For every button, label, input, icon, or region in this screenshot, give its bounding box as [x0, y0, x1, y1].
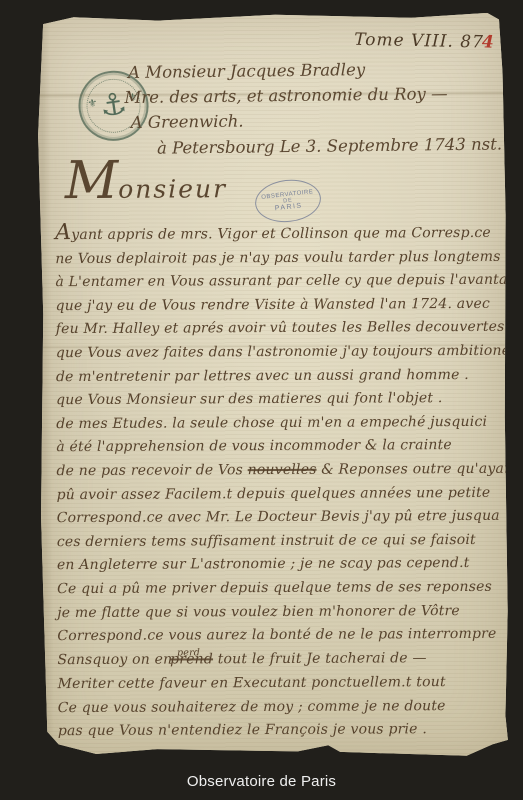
letter-line: Correspond.ce vous aurez la bonté de ne …: [57, 623, 501, 649]
letter-line: pû avoir assez Facilem.t depuis quelques…: [56, 481, 500, 507]
letter-line: je me flatte que si vous voulez bien m'h…: [57, 599, 501, 625]
manuscript-photo: Tome VIII. 874 ⚜ ⚓ ⚜ A Monsieur Jacques …: [0, 0, 523, 800]
letter-line: Meriter cette faveur en Executant ponctu…: [57, 671, 501, 697]
observatoire-de-paris-stamp: OBSERVATOIRE DE PARIS: [253, 176, 323, 225]
letter-line: à L'entamer en Vous assurant par celle c…: [55, 269, 499, 295]
letter-line: Correspond.ce avec Mr. Le Docteur Bevis …: [57, 505, 501, 531]
archive-caption: Observatoire de Paris: [187, 773, 336, 790]
tome-label: Tome VIII. 87: [354, 30, 484, 53]
letter-line: à été l'apprehension de vous incommoder …: [56, 434, 500, 460]
letter-line: Sansquoy on en perdprend tout le fruit J…: [57, 646, 501, 673]
letter-line: ces derniers tems suffisament instruit d…: [57, 529, 501, 555]
letter-line: que Vous Monsieur sur des matieres qui f…: [56, 387, 500, 413]
letter-line: que Vous avez faites dans l'astronomie j…: [56, 340, 500, 366]
letter-line: de mes Etudes. la seule chose qui m'en a…: [56, 411, 500, 437]
letter-line: de ne pas recevoir de Vos nouvelles & Re…: [56, 458, 500, 484]
dateline: à Petersbourg Le 3. Septembre 1743 nst.: [157, 132, 489, 161]
address-header: A Monsieur Jacques Bradley Mre. des arts…: [128, 56, 489, 161]
addressee-title-line: Mre. des arts, et astronomie du Roy —: [124, 81, 488, 110]
letter-line: Ayant appris de mrs. Vigor et Collinson …: [55, 219, 499, 248]
letter-line: ne Vous deplairoit pas je n'ay pas voulu…: [55, 245, 499, 271]
letter-line: Ce qui a pû me priver depuis quelque tem…: [57, 576, 501, 602]
salutation: Monsieur: [65, 160, 227, 204]
letter-body: Ayant appris de mrs. Vigor et Collinson …: [55, 219, 502, 744]
letter-line: de m'entretenir par lettres avec un auss…: [56, 363, 500, 389]
letter-line: que j'ay eu de Vous rendre Visite à Wans…: [56, 293, 500, 319]
caption-bar: Observatoire de Paris: [0, 762, 523, 800]
stamp-line-3: PARIS: [274, 202, 303, 212]
folio-number-red: 4: [482, 32, 495, 52]
letter-line: en Angleterre sur L'astronomie ; je ne s…: [57, 552, 501, 578]
manuscript-page: Tome VIII. 874 ⚜ ⚓ ⚜ A Monsieur Jacques …: [36, 13, 509, 763]
letter-line: pas que Vous n'entendiez le François je …: [58, 718, 502, 744]
letter-line: feu Mr. Halley et aprés avoir vû toutes …: [56, 316, 500, 342]
tome-folio-mark: Tome VIII. 874: [354, 30, 495, 53]
letter-line: Ce que vous souhaiterez de moy ; comme j…: [58, 695, 502, 721]
addressee-place-line: A Greenwich.: [131, 106, 489, 135]
